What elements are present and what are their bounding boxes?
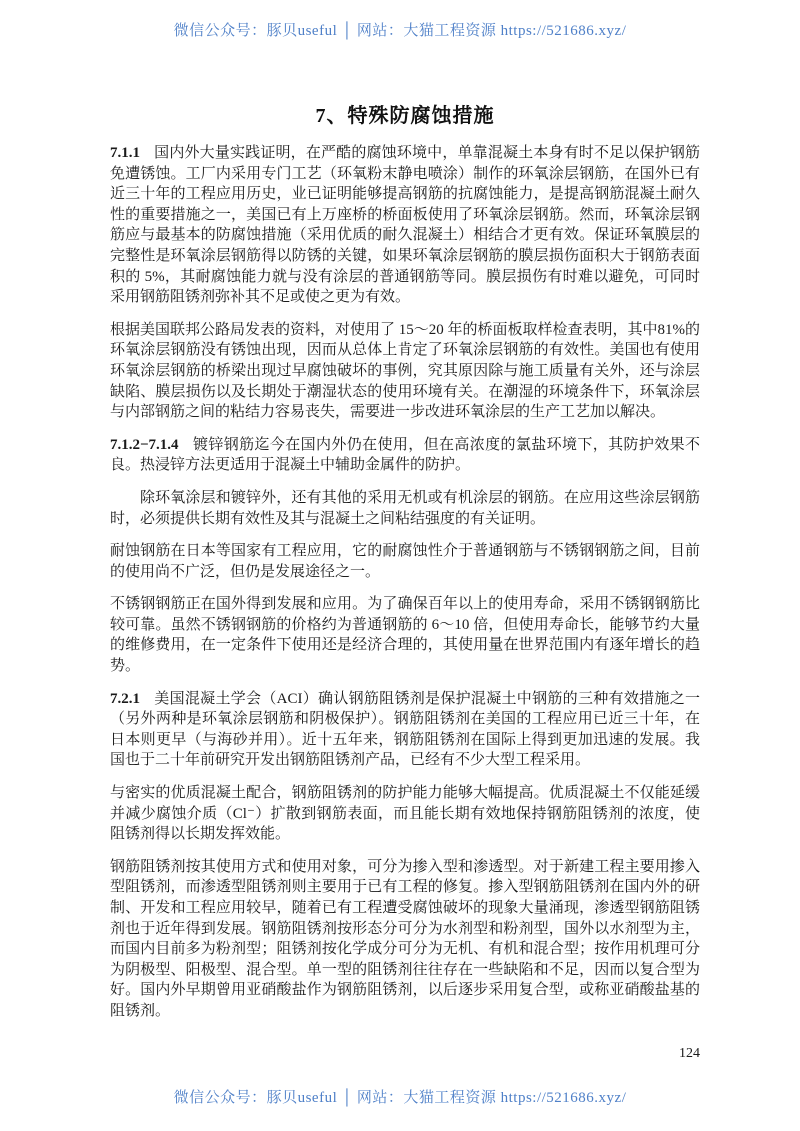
paragraph-text: 除环氧涂层和镀锌外，还有其他的采用无机或有机涂层的钢筋。在应用这些涂层钢筋时，必… (110, 490, 700, 527)
page-number: 124 (679, 1046, 700, 1062)
paragraph-stainless-steel-rebar: 不锈钢钢筋正在国外得到发展和应用。为了确保百年以上的使用寿命，采用不锈钢钢筋比较… (110, 594, 700, 676)
section-number: 7.1.2−7.1.4 (110, 437, 179, 453)
section-number: 7.2.1 (110, 691, 140, 707)
paragraph-text: 镀锌钢筋迄今在国内外仍在使用，但在高浓度的氯盐环境下，其防护效果不良。热浸锌方法… (110, 437, 700, 474)
header-watermark: 微信公众号：豚贝useful │ 网站：大猫工程资源 https://52168… (0, 19, 800, 40)
paragraph-text: 美国混凝土学会（ACI）确认钢筋阻锈剂是保护混凝土中钢筋的三种有效措施之一（另外… (110, 691, 700, 769)
paragraph-text: 不锈钢钢筋正在国外得到发展和应用。为了确保百年以上的使用寿命，采用不锈钢钢筋比较… (110, 596, 700, 674)
page-title: 7、特殊防腐蚀措施 (110, 99, 700, 128)
paragraph-corrosion-resistant-rebar: 耐蚀钢筋在日本等国家有工程应用，它的耐腐蚀性介于普通钢筋与不锈钢钢筋之间，目前的… (110, 541, 700, 582)
footer-watermark: 微信公众号：豚贝useful │ 网站：大猫工程资源 https://52168… (0, 1086, 800, 1107)
paragraph-text: 根据美国联邦公路局发表的资料，对使用了 15～20 年的桥面板取样检查表明，其中… (110, 322, 700, 420)
section-7-1-2-paragraph: 7.1.2−7.1.4镀锌钢筋迄今在国内外仍在使用，但在高浓度的氯盐环境下，其防… (110, 435, 700, 476)
paragraph-inhibitor-types: 钢筋阻锈剂按其使用方式和使用对象，可分为掺入型和渗透型。对于新建工程主要用掺入型… (110, 857, 700, 1022)
paragraph-text: 国内外大量实践证明，在严酷的腐蚀环境中，单靠混凝土本身有时不足以保护钢筋免遭锈蚀… (110, 145, 700, 305)
paragraph-text: 与密实的优质混凝土配合，钢筋阻锈剂的防护能力能够大幅提高。优质混凝土不仅能延缓并… (110, 785, 700, 842)
paragraph-inhibitor-with-concrete: 与密实的优质混凝土配合，钢筋阻锈剂的防护能力能够大幅提高。优质混凝土不仅能延缓并… (110, 783, 700, 845)
paragraph-text: 钢筋阻锈剂按其使用方式和使用对象，可分为掺入型和渗透型。对于新建工程主要用掺入型… (110, 859, 700, 1019)
section-7-1-1-paragraph: 7.1.1国内外大量实践证明，在严酷的腐蚀环境中，单靠混凝土本身有时不足以保护钢… (110, 143, 700, 308)
section-number: 7.1.1 (110, 145, 140, 161)
paragraph-fhwa-data: 根据美国联邦公路局发表的资料，对使用了 15～20 年的桥面板取样检查表明，其中… (110, 320, 700, 423)
paragraph-other-coatings: 除环氧涂层和镀锌外，还有其他的采用无机或有机涂层的钢筋。在应用这些涂层钢筋时，必… (110, 488, 700, 529)
document-page: 7、特殊防腐蚀措施 7.1.1国内外大量实践证明，在严酷的腐蚀环境中，单靠混凝土… (110, 99, 700, 1022)
section-7-2-1-paragraph: 7.2.1美国混凝土学会（ACI）确认钢筋阻锈剂是保护混凝土中钢筋的三种有效措施… (110, 689, 700, 771)
paragraph-text: 耐蚀钢筋在日本等国家有工程应用，它的耐腐蚀性介于普通钢筋与不锈钢钢筋之间，目前的… (110, 543, 700, 580)
